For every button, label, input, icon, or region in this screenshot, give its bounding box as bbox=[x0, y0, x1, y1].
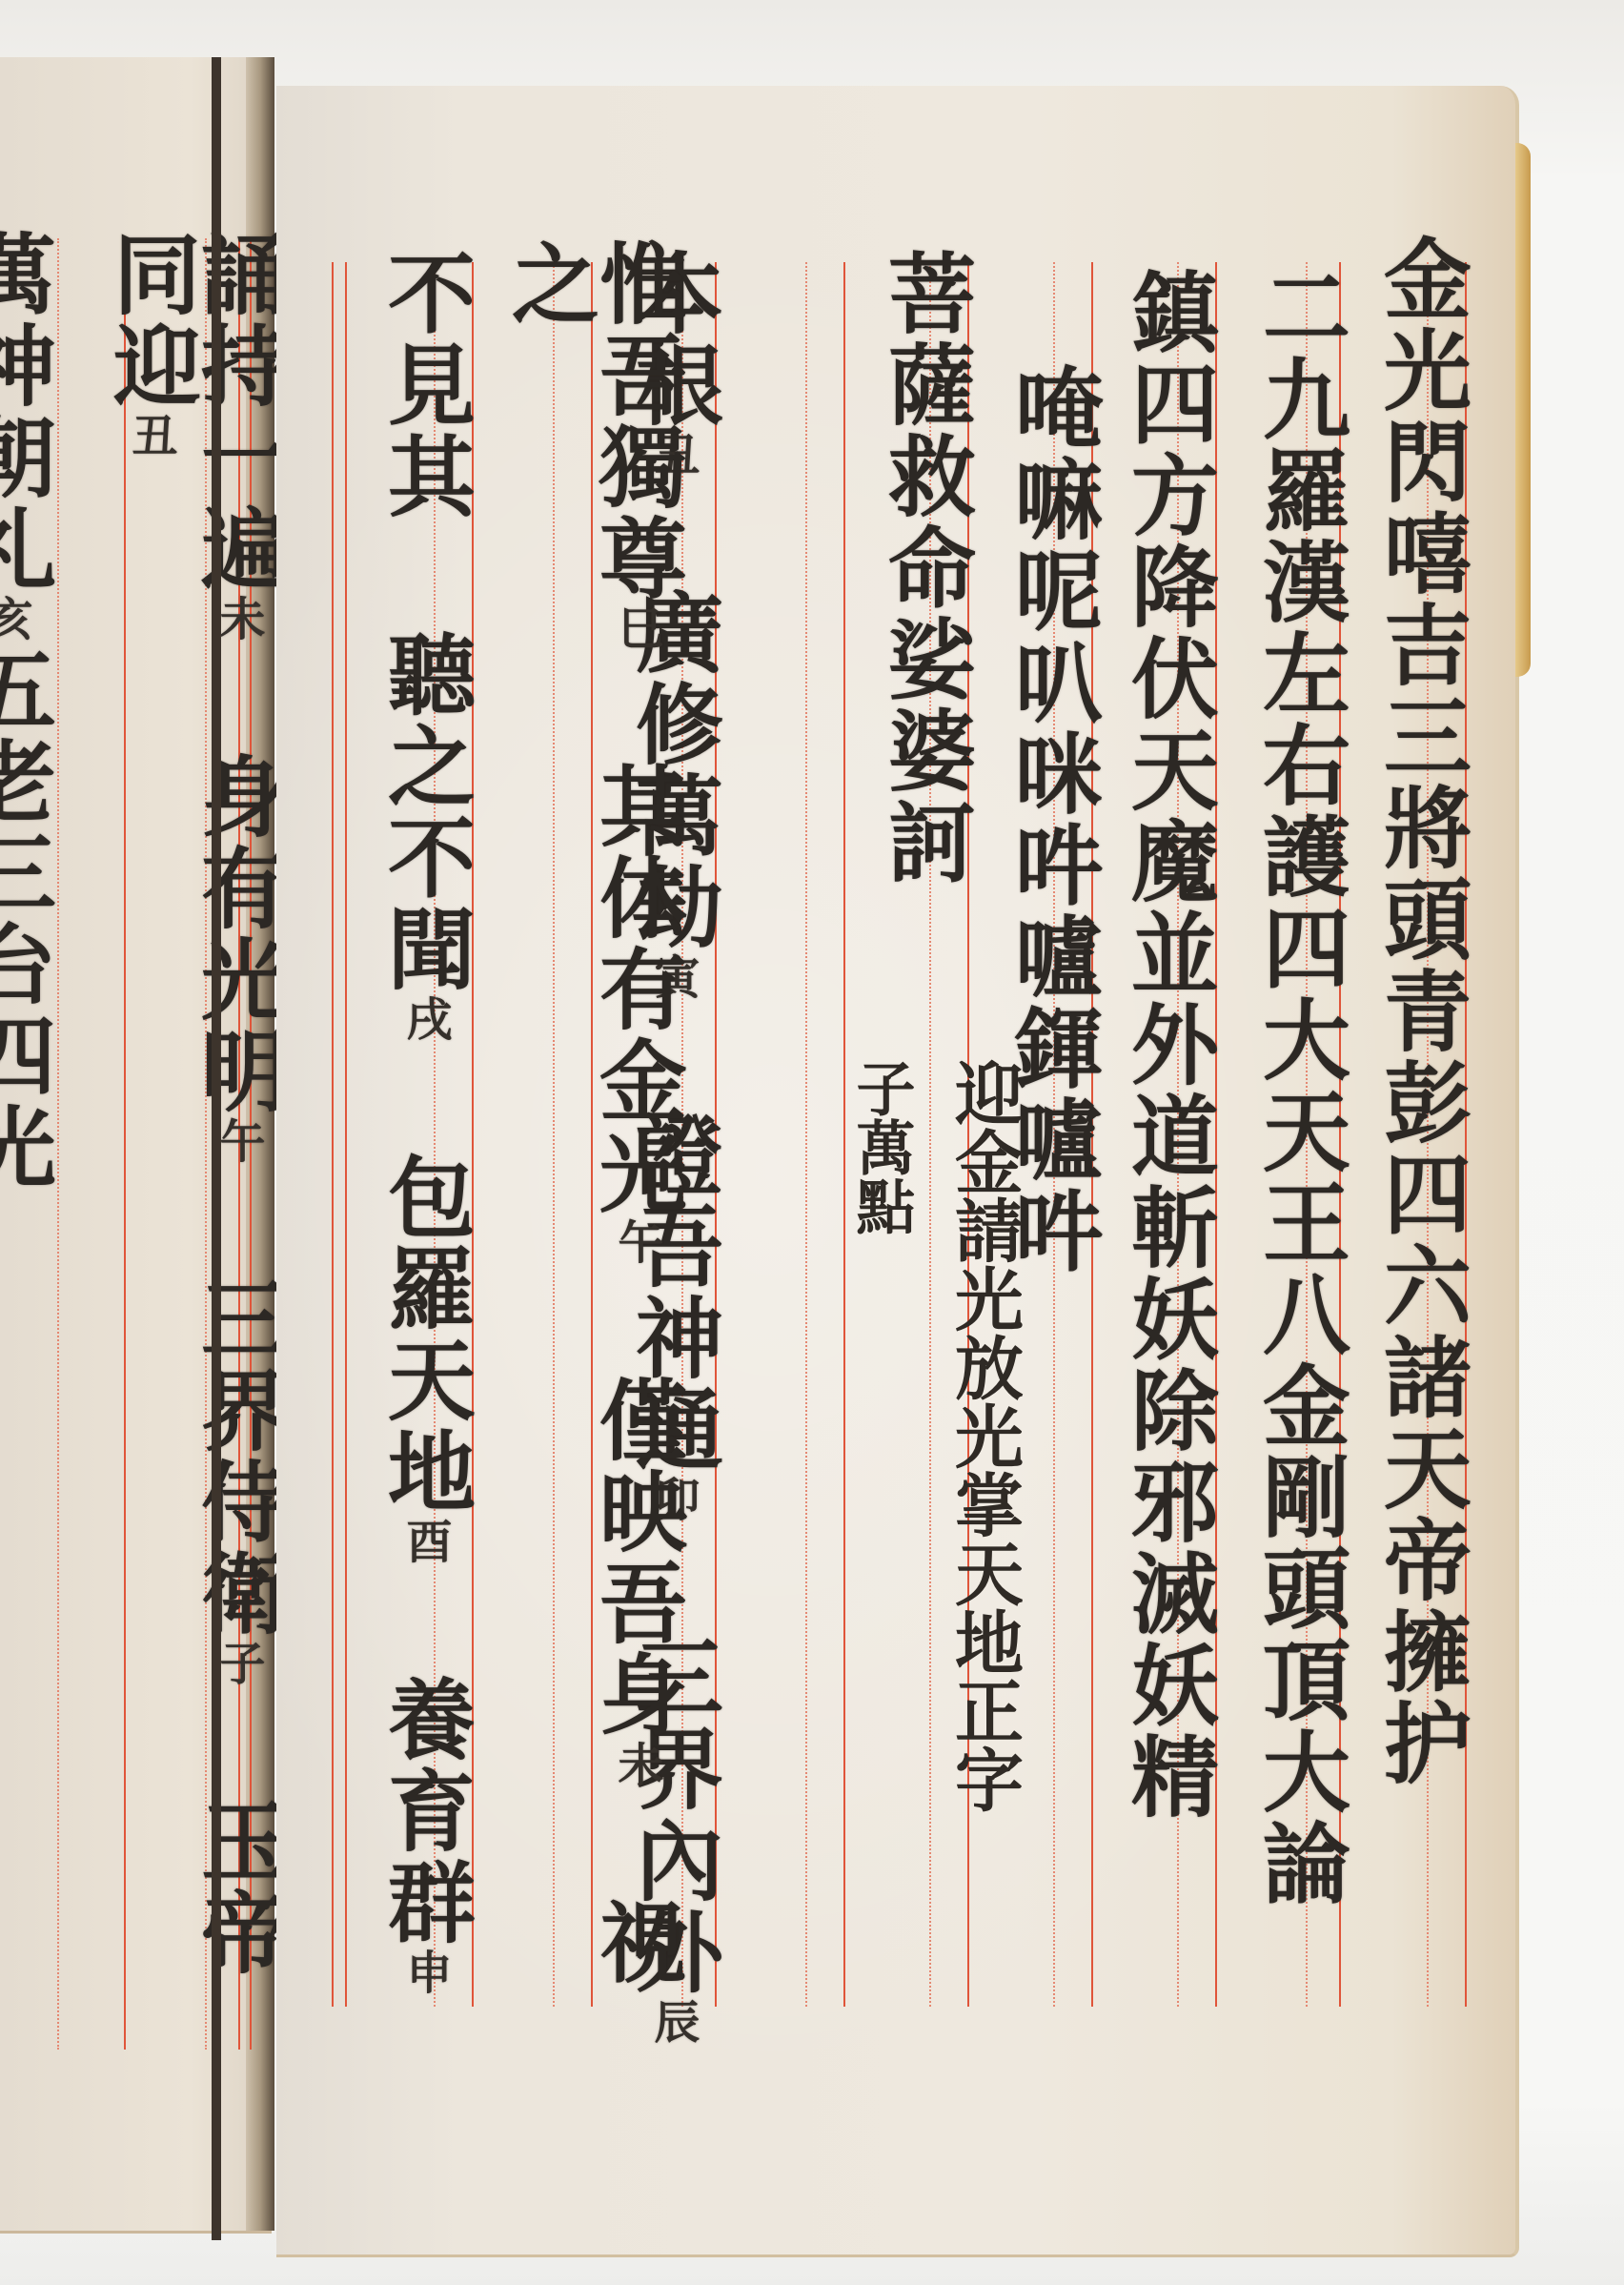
book-spine bbox=[212, 57, 221, 2240]
column-text: 養育群 bbox=[374, 1674, 477, 1948]
column-text: 五老三台四光 bbox=[0, 644, 57, 1194]
cover-edge bbox=[1515, 143, 1531, 677]
column-text: 鎮四方降伏天魔並外道斬妖除邪滅妖精 bbox=[1117, 267, 1220, 1823]
annotation-column-small: 子萬點 bbox=[839, 1058, 924, 1306]
column-text: 菩薩救命娑婆訶 bbox=[874, 248, 977, 888]
branch-mark: 戌 bbox=[398, 995, 452, 1045]
column-text: 惟吾獨尊 bbox=[585, 238, 688, 604]
left-partial-column: 萬神朝礼亥五老三台四光 bbox=[0, 229, 50, 2040]
branch-mark: 巳 bbox=[610, 604, 663, 654]
column-2: 二九羅漢左右護四大天王八金剛頭頂大論 bbox=[1256, 262, 1344, 2073]
column-text: 聽之不聞 bbox=[374, 629, 477, 995]
column-1: 金光閃嘻吉三將頭青彭四六諸天帝擁护 bbox=[1377, 234, 1465, 2045]
annotation-column: 迎金請光放光掌天地正字 bbox=[934, 1058, 1033, 2011]
annotation-text: 子萬點 bbox=[846, 1058, 916, 1235]
column-5: 菩薩救命娑婆訶 bbox=[882, 248, 969, 1010]
column-3: 鎮四方降伏天魔並外道斬妖除邪滅妖精 bbox=[1125, 267, 1212, 2078]
branch-mark: 酉 bbox=[398, 1518, 452, 1567]
annotation-text: 迎金請光放光掌天地正字 bbox=[944, 1058, 1025, 1813]
column-text: 僅映吾身 bbox=[585, 1375, 688, 1741]
ruling-line bbox=[332, 262, 334, 2007]
left-column-recitation: 誦持一遍未 身有光明午 三界侍衛子 玉帝同迎丑 bbox=[107, 229, 282, 2040]
column-text: 其体有金光 bbox=[585, 761, 688, 1218]
column-text: 身有光明 bbox=[187, 751, 290, 1117]
branch-mark: 亥 bbox=[0, 595, 32, 644]
column-text: 三界侍衛 bbox=[187, 1274, 290, 1640]
column-text: 誦持一遍 bbox=[187, 229, 290, 595]
ruling-line bbox=[805, 262, 807, 2007]
column-9: 不見其 聽之不聞戌 包羅天地酉 養育群申 bbox=[381, 248, 469, 2059]
ruling-line bbox=[57, 238, 59, 2050]
branch-mark: 丑 bbox=[124, 412, 177, 461]
ruling-line bbox=[345, 262, 347, 2007]
column-text: 金光閃嘻吉三將頭青彭四六諸天帝擁护 bbox=[1370, 234, 1472, 1789]
column-8: 惟吾獨尊巳 其体有金光午 僅映吾身未 視之 bbox=[505, 238, 680, 2050]
branch-mark: 午 bbox=[610, 1218, 663, 1268]
column-text: 不見其 bbox=[374, 248, 477, 522]
branch-mark: 未 bbox=[610, 1741, 663, 1790]
column-text: 二九羅漢左右護四大天王八金剛頭頂大論 bbox=[1248, 262, 1351, 1909]
column-text: 萬神朝礼 bbox=[0, 229, 57, 595]
column-text: 包羅天地 bbox=[374, 1152, 477, 1518]
branch-mark: 申 bbox=[398, 1948, 452, 1998]
